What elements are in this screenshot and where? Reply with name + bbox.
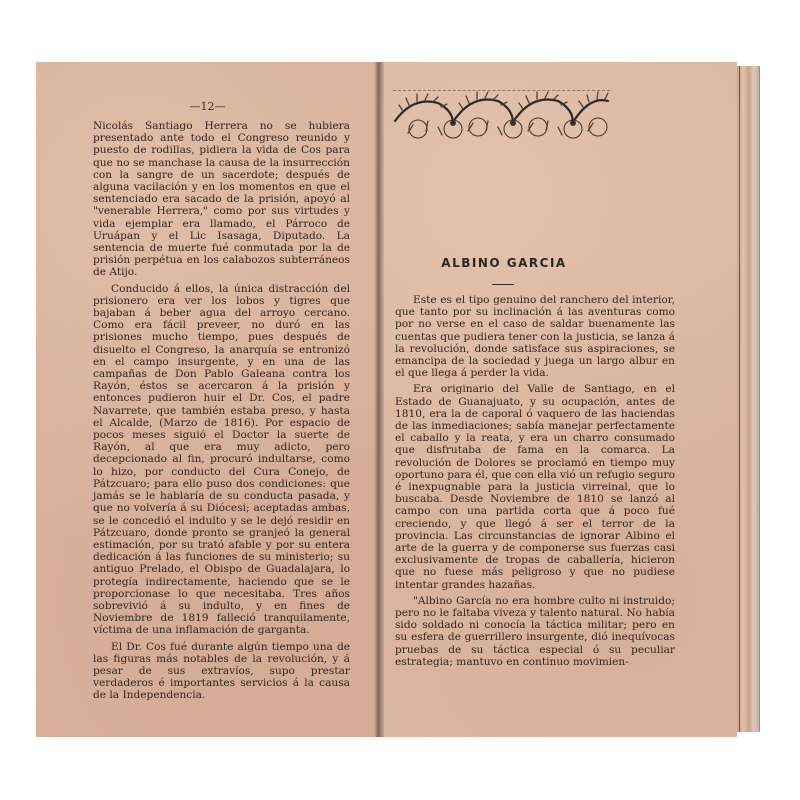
right-page: ALBINO GARCIA Este es el tipo genuino de… [379,62,737,737]
open-book: —12— Nicolás Santiago Herrera no se hubi… [36,62,760,737]
page-edges [737,66,760,732]
paragraph: Conducido á ellos, la única distracción … [93,283,350,637]
left-page-body: Nicolás Santiago Herrera no se hubiera p… [93,120,350,702]
page-number: —12— [36,100,379,113]
title-rule [492,284,514,285]
paragraph: Era originario del Valle de Santiago, en… [395,383,675,590]
right-page-body: Este es el tipo genuino del ranchero del… [395,294,675,668]
paragraph: Este es el tipo genuino del ranchero del… [395,294,675,379]
paragraph: Nicolás Santiago Herrera no se hubiera p… [93,120,350,279]
leaf-vine-ornament-icon [393,90,610,141]
left-page: —12— Nicolás Santiago Herrera no se hubi… [36,62,380,737]
book-gutter [374,62,384,737]
paragraph: "Albino García no era hombre culto ni in… [395,595,675,668]
paragraph: El Dr. Cos fué durante algún tiempo una … [93,641,350,702]
chapter-title: ALBINO GARCIA [379,256,629,270]
